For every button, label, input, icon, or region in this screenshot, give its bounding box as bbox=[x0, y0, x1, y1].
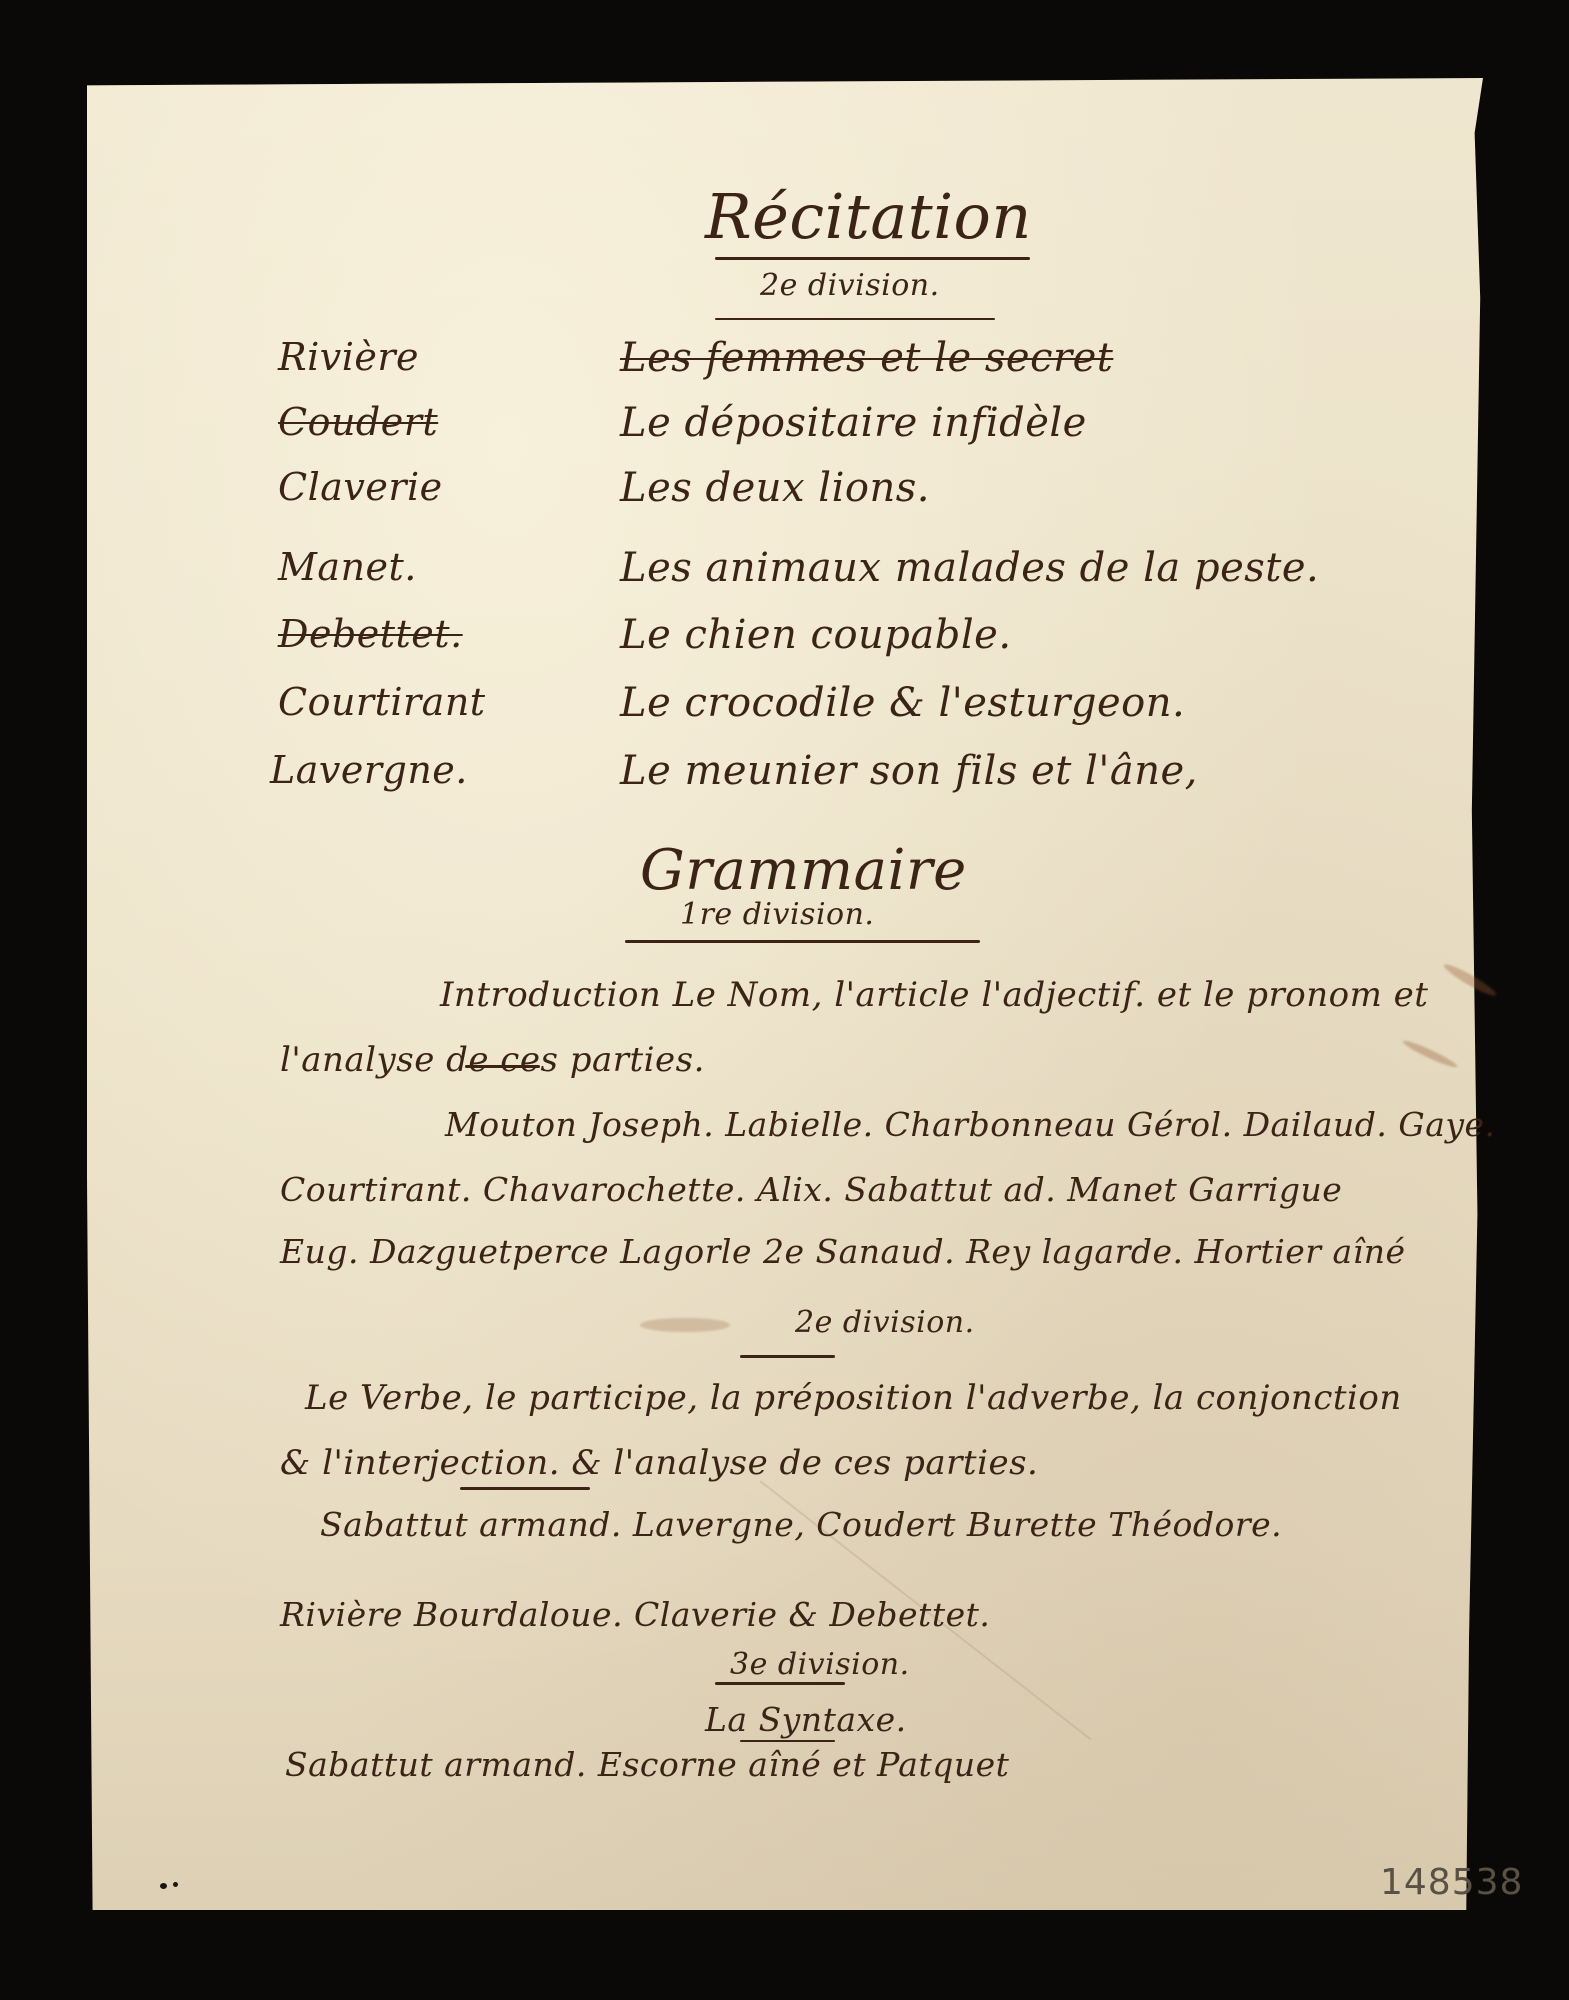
recitation-piece: Le crocodile & l'esturgeon. bbox=[620, 680, 1185, 726]
ink-blot bbox=[160, 1883, 167, 1889]
page-title: Récitation bbox=[705, 180, 1032, 253]
grammaire-division-2-label: 2e division. bbox=[795, 1305, 975, 1340]
student-name: Manet. bbox=[278, 545, 417, 589]
section-rule bbox=[465, 1065, 540, 1068]
grammaire-heading: Grammaire bbox=[640, 838, 967, 903]
student-name: Claverie bbox=[278, 465, 443, 509]
division-3-topic: La Syntaxe. bbox=[705, 1700, 907, 1739]
section-rule bbox=[460, 1487, 590, 1490]
division-1-topic: Introduction Le Nom, l'article l'adjecti… bbox=[440, 975, 1428, 1015]
student-name: Courtirant bbox=[278, 680, 486, 724]
division-2-students: Sabattut armand. Lavergne, Coudert Buret… bbox=[320, 1505, 1282, 1544]
ink-stain bbox=[640, 1318, 730, 1332]
division-underline bbox=[715, 318, 995, 320]
division-1-topic: l'analyse de ces parties. bbox=[280, 1040, 705, 1080]
title-underline bbox=[715, 257, 1030, 260]
recitation-piece: Les deux lions. bbox=[620, 465, 930, 511]
division-3-students: Sabattut armand. Escorne aîné et Patquet bbox=[285, 1745, 1009, 1784]
student-name: Lavergne. bbox=[270, 748, 468, 792]
division-1-students: Eug. Dazguetperce Lagorle 2e Sanaud. Rey… bbox=[280, 1232, 1406, 1271]
recitation-piece: Les femmes et le secret bbox=[620, 335, 1113, 381]
division-underline bbox=[715, 1682, 845, 1685]
ink-blot bbox=[173, 1882, 178, 1887]
division-1-students: Mouton Joseph. Labielle. Charbonneau Gér… bbox=[445, 1105, 1496, 1144]
student-name: Coudert bbox=[278, 400, 438, 444]
division-2-students: Rivière Bourdaloue. Claverie & Debettet. bbox=[280, 1595, 990, 1634]
student-name: Debettet. bbox=[278, 612, 463, 656]
shelfmark-number: 148538 bbox=[1380, 1862, 1523, 1903]
student-name: Rivière bbox=[278, 335, 419, 379]
division-underline bbox=[740, 1740, 835, 1742]
recitation-piece: Le chien coupable. bbox=[620, 612, 1012, 658]
recitation-division-label: 2e division. bbox=[760, 268, 940, 303]
division-2-topic: & l'interjection. & l'analyse de ces par… bbox=[280, 1443, 1038, 1483]
recitation-piece: Le meunier son fils et l'âne, bbox=[620, 748, 1198, 794]
grammaire-division-3-label: 3e division. bbox=[730, 1647, 910, 1682]
division-underline bbox=[740, 1355, 835, 1358]
grammaire-division-1-label: 1re division. bbox=[680, 897, 874, 932]
division-underline bbox=[625, 940, 980, 943]
recitation-piece: Le dépositaire infidèle bbox=[620, 400, 1087, 446]
recitation-piece: Les animaux malades de la peste. bbox=[620, 545, 1319, 591]
division-2-topic: Le Verbe, le participe, la préposition l… bbox=[305, 1378, 1402, 1418]
division-1-students: Courtirant. Chavarochette. Alix. Sabattu… bbox=[280, 1170, 1342, 1209]
